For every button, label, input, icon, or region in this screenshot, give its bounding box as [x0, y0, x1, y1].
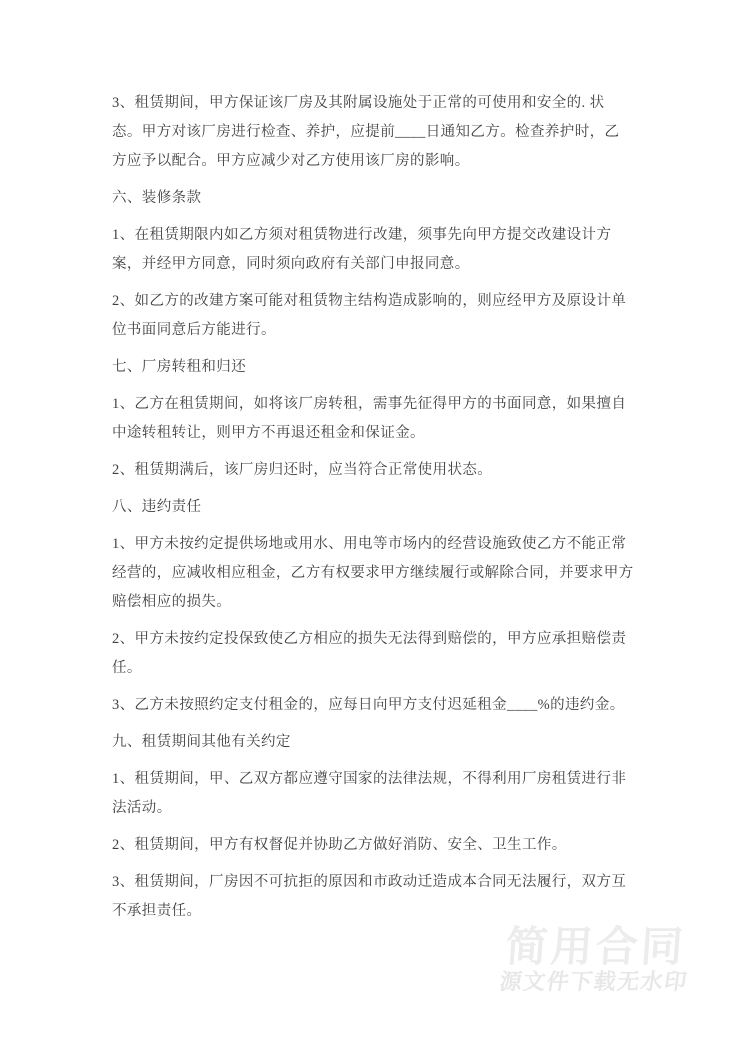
contract-clause: 2、甲方未按约定投保致使乙方相应的损失无法得到赔偿的，甲方应承担赔偿责任。 [112, 625, 634, 683]
contract-clause: 1、租赁期间，甲、乙双方都应遵守国家的法律法规，不得利用厂房租赁进行非法活动。 [112, 765, 634, 823]
contract-clause: 2、租赁期间，甲方有权督促并协助乙方做好消防、安全、卫生工作。 [112, 831, 634, 860]
contract-clause: 1、甲方未按约定提供场地或用水、用电等市场内的经营设施致使乙方不能正常经营的，应… [112, 530, 634, 617]
section-heading-breach-liability: 八、违约责任 [112, 493, 634, 522]
contract-clause: 3、乙方未按照约定支付租金的，应每日向甲方支付迟延租金____%的违约金。 [112, 691, 634, 720]
section-heading-decoration-terms: 六、装修条款 [112, 184, 634, 213]
section-heading-sublease-return: 七、厂房转租和归还 [112, 353, 634, 382]
watermark-tagline-text: 源文件下载无水印 [498, 965, 690, 996]
contract-clause: 3、租赁期间，甲方保证该厂房及其附属设施处于正常的可使用和安全的. 状态。甲方对… [112, 89, 634, 176]
contract-clause: 2、如乙方的改建方案可能对租赁物主结构造成影响的，则应经甲方及原设计单位书面同意… [112, 287, 634, 345]
section-heading-other-agreements: 九、租赁期间其他有关约定 [112, 728, 634, 757]
contract-body: 3、租赁期间，甲方保证该厂房及其附属设施处于正常的可使用和安全的. 状态。甲方对… [112, 89, 634, 934]
contract-clause: 2、租赁期满后，该厂房归还时，应当符合正常使用状态。 [112, 456, 634, 485]
contract-clause: 1、在租赁期限内如乙方须对租赁物进行改建，须事先向甲方提交改建设计方案，并经甲方… [112, 221, 634, 279]
contract-clause: 1、乙方在租赁期间，如将该厂房转租，需事先征得甲方的书面同意，如果擅自中途转租转… [112, 390, 634, 448]
contract-document-page: 3、租赁期间，甲方保证该厂房及其附属设施处于正常的可使用和安全的. 状态。甲方对… [0, 0, 742, 1049]
